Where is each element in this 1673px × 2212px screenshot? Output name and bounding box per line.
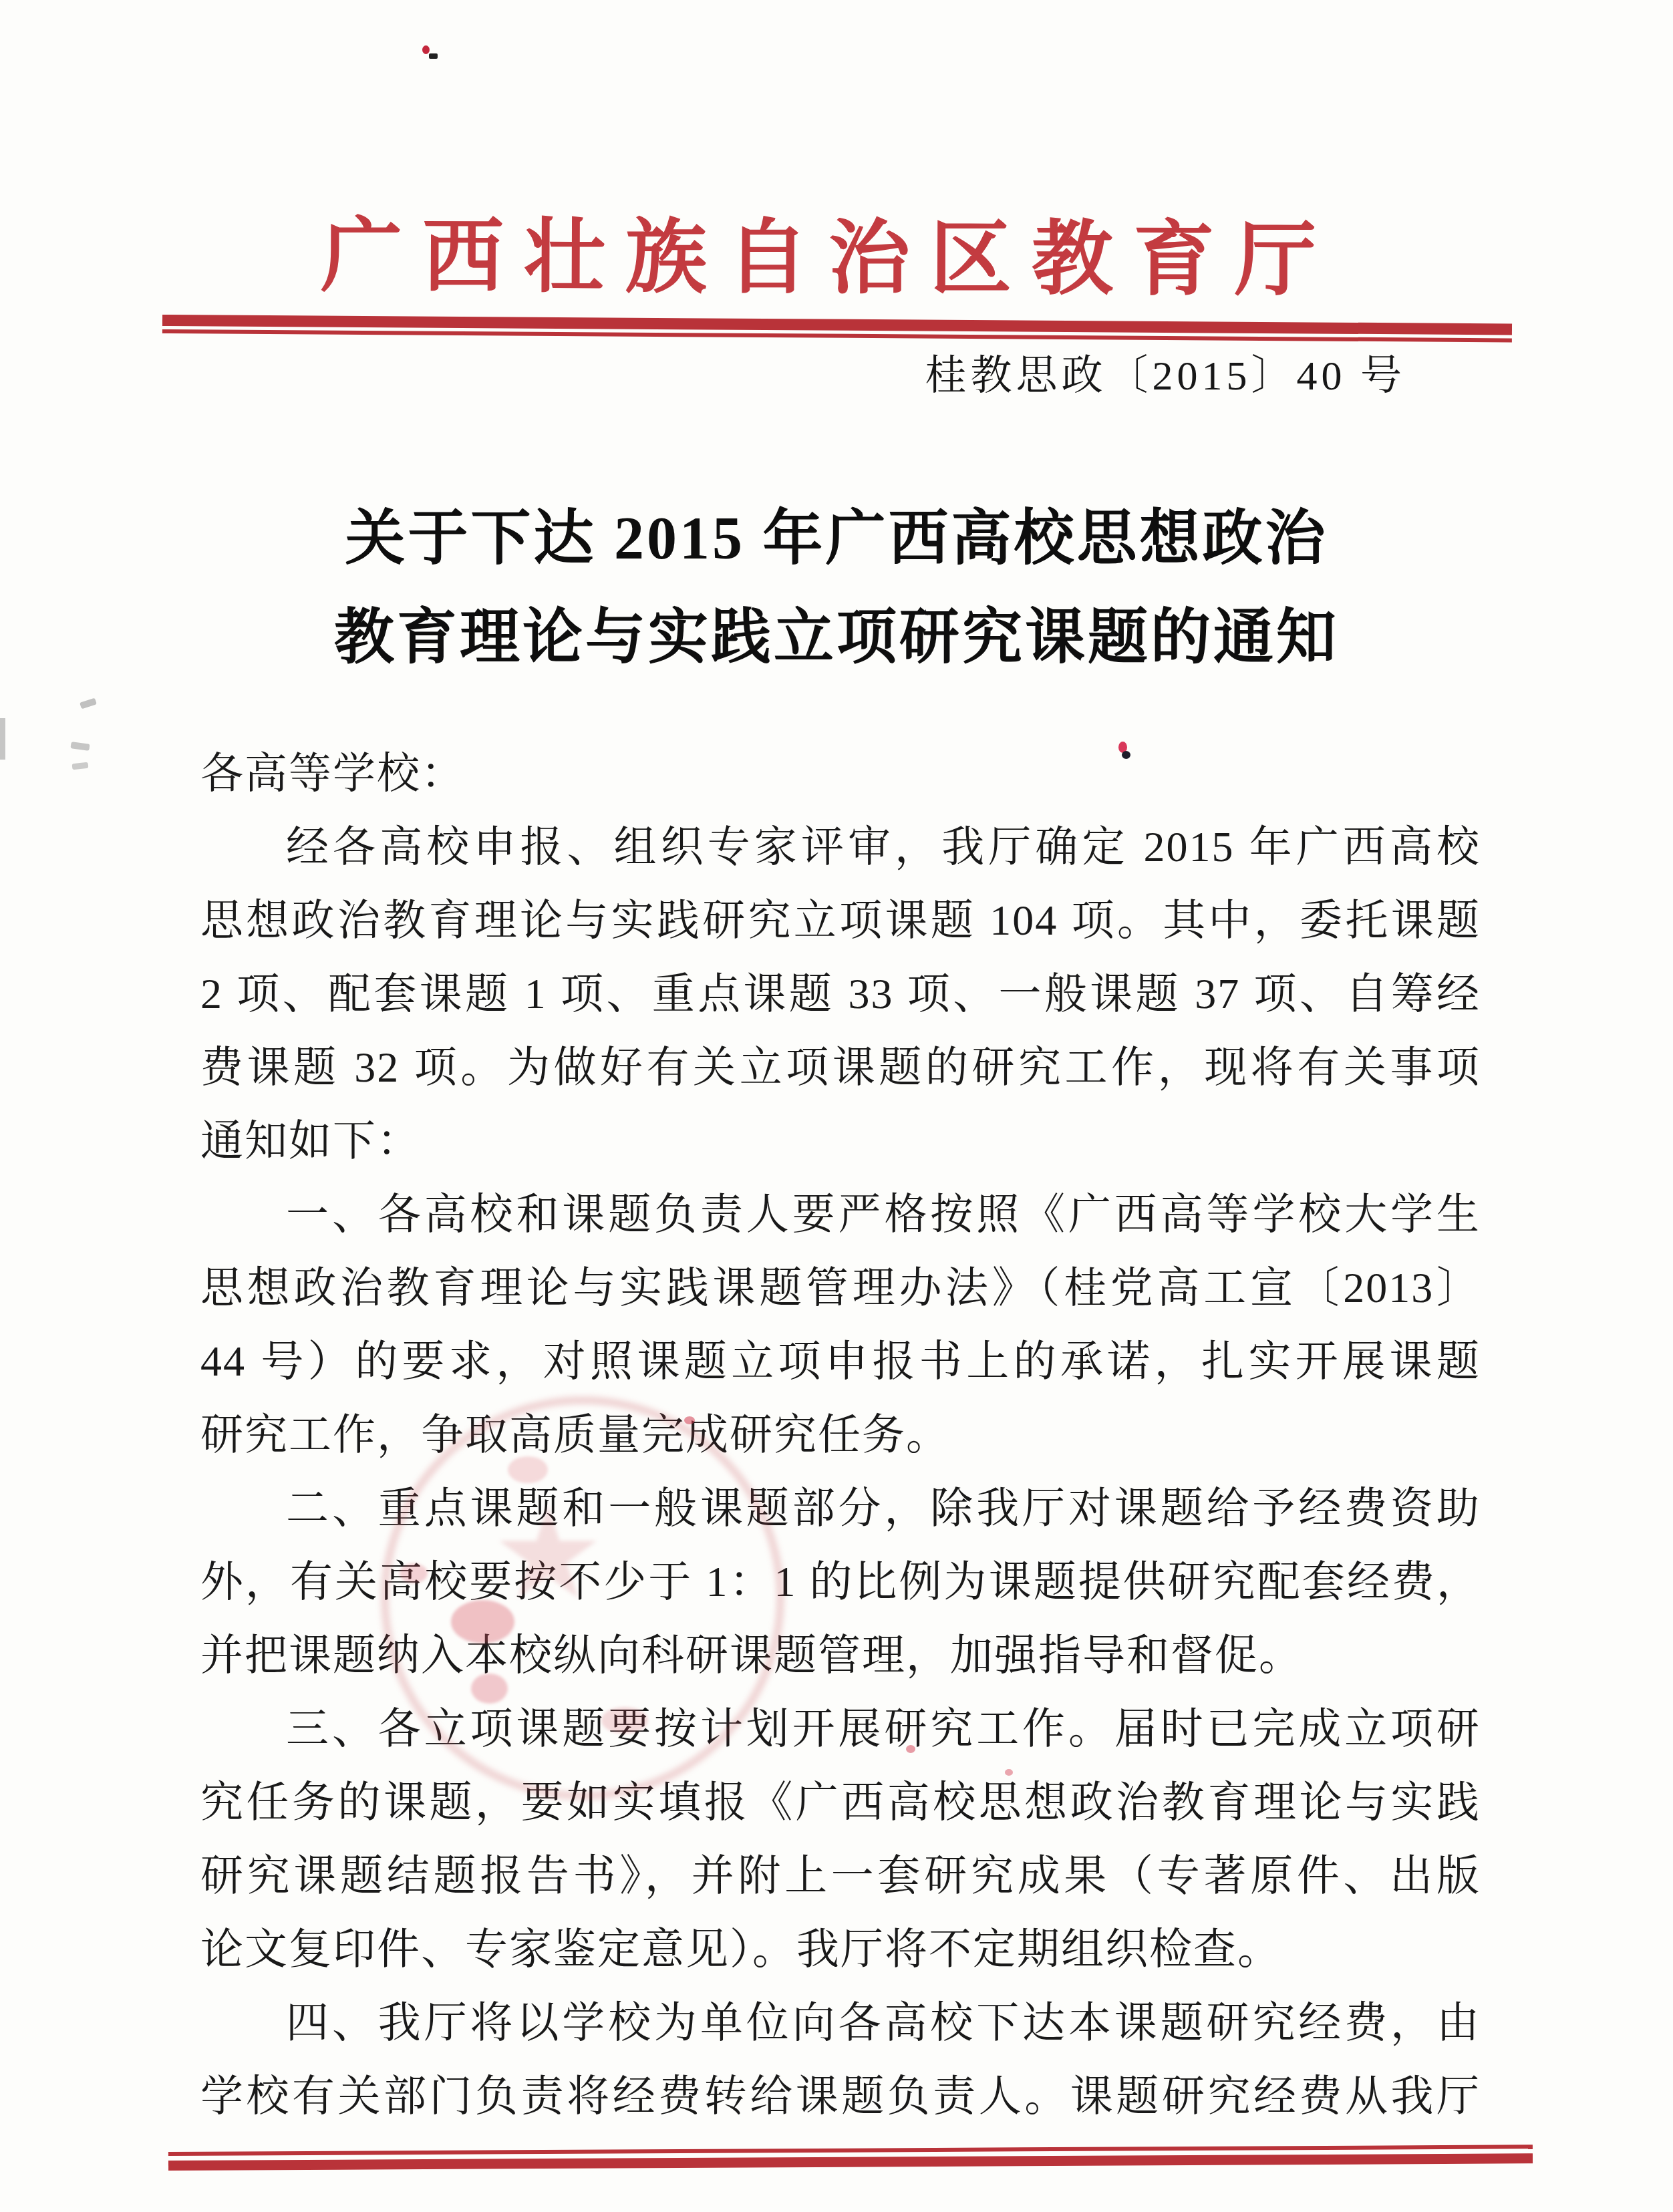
body-line: 四、我厅将以学校为单位向各高校下达本课题研究经费，由 — [200, 1986, 1481, 2060]
letterhead-rule — [162, 315, 1512, 342]
stamp-ink-blot — [601, 1707, 648, 1734]
stamp-ink-blot — [451, 1600, 514, 1643]
scan-speck-red — [422, 45, 430, 54]
body-line: 研究工作，争取高质量完成研究任务。 — [200, 1398, 1481, 1472]
scan-smudge — [72, 762, 89, 770]
body-line: 学校有关部门负责将经费转给课题负责人。课题研究经费从我厅 — [200, 2060, 1481, 2133]
stamp-star-icon: ★ — [491, 1480, 605, 1627]
notice-title-line1: 关于下达 2015 年广西高校思想政治 — [0, 490, 1673, 589]
scan-speck-pink — [1005, 1769, 1013, 1776]
scan-speck-pink — [906, 1745, 915, 1753]
stamp-ink-blot — [400, 1563, 428, 1583]
scan-speck-pink — [684, 1416, 695, 1424]
issuer-title: 广西壮族自治区教育厅 — [0, 189, 1657, 313]
body-line: 三、各立项课题要按计划开展研究工作。届时已完成立项研 — [200, 1692, 1481, 1766]
body-line: 一、各高校和课题负责人要严格按照《广西高等学校大学生 — [200, 1178, 1481, 1251]
body-line: 思想政治教育理论与实践研究立项课题 104 项。其中，委托课题 — [200, 884, 1481, 957]
doc-number: 桂教思政〔2015〕40 号 — [925, 342, 1406, 402]
scanned-notice-page: 广西壮族自治区教育厅 桂教思政〔2015〕40 号 关于下达 2015 年广西高… — [0, 0, 1673, 2212]
body-line: 究任务的课题，要如实填报《广西高校思想政治教育理论与实践 — [200, 1766, 1481, 1839]
scan-speck-black — [1122, 751, 1130, 759]
scan-speck-black — [429, 53, 438, 59]
body-line: 费课题 32 项。为做好有关立项课题的研究工作，现将有关事项 — [200, 1031, 1481, 1104]
notice-title-line2: 教育理论与实践立项研究课题的通知 — [0, 589, 1673, 687]
body-line: 研究课题结题报告书》，并附上一套研究成果（专著原件、出版 — [200, 1839, 1481, 1913]
scan-smudge — [80, 698, 97, 709]
body-line: 各高等学校： — [200, 737, 1481, 810]
body-line: 经各高校申报、组织专家评审，我厅确定 2015 年广西高校 — [200, 810, 1481, 884]
body-line: 思想政治教育理论与实践课题管理办法》（桂党高工宣〔2013〕 — [200, 1251, 1481, 1325]
scan-smudge — [70, 742, 90, 751]
body-line: 通知如下： — [200, 1104, 1481, 1178]
footer-rule — [168, 2145, 1533, 2171]
stamp-ink-blot — [471, 1674, 508, 1704]
body-line: 论文复印件、专家鉴定意见）。我厅将不定期组织检查。 — [200, 1913, 1481, 1986]
stamp-ink-blot — [508, 1456, 548, 1483]
body-line: 44 号）的要求，对照课题立项申报书上的承诺，扎实开展课题 — [200, 1325, 1481, 1398]
notice-title: 关于下达 2015 年广西高校思想政治 教育理论与实践立项研究课题的通知 — [0, 490, 1673, 687]
scan-edge-smudge — [0, 718, 5, 760]
body-line: 2 项、配套课题 1 项、重点课题 33 项、一般课题 37 项、自筹经 — [200, 957, 1481, 1031]
body-text: 各高等学校：经各高校申报、组织专家评审，我厅确定 2015 年广西高校思想政治教… — [200, 737, 1481, 2133]
